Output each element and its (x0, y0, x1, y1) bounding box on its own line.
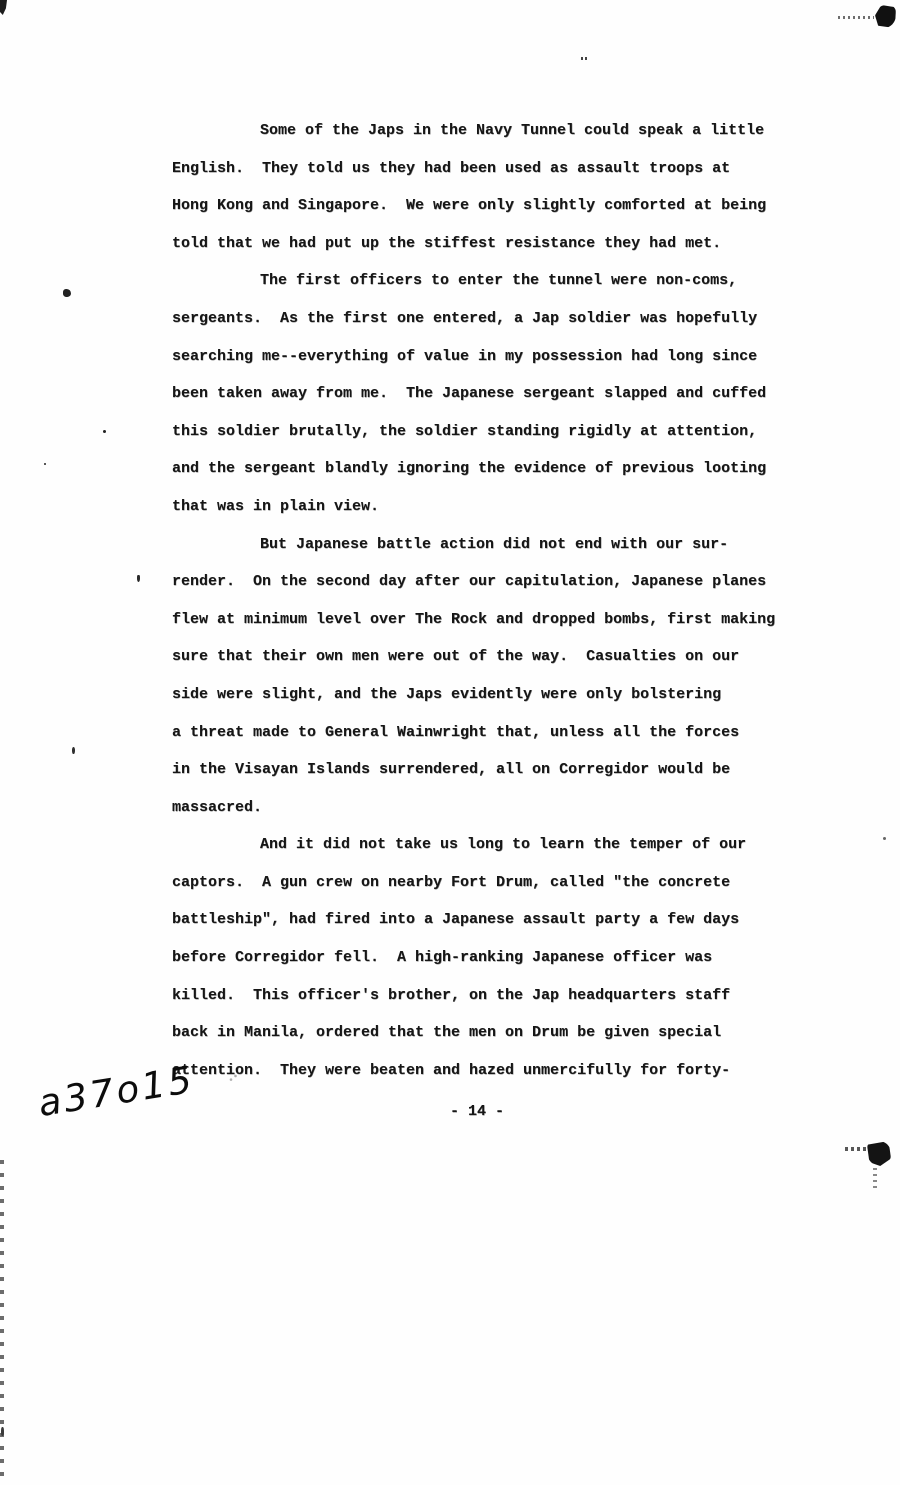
typed-line: Hong Kong and Singapore. We were only sl… (172, 187, 832, 225)
scan-speck (63, 289, 71, 297)
scan-speck (103, 430, 106, 433)
typed-line: Some of the Japs in the Navy Tunnel coul… (172, 112, 832, 150)
typed-line: a threat made to General Wainwright that… (172, 714, 832, 752)
scan-corner-mark (0, 0, 7, 15)
typed-text-body: Some of the Japs in the Navy Tunnel coul… (172, 112, 832, 1089)
typed-line: massacred. (172, 789, 832, 827)
typed-line: been taken away from me. The Japanese se… (172, 375, 832, 413)
typed-line: killed. This officer's brother, on the J… (172, 977, 832, 1015)
typed-line: English. They told us they had been used… (172, 150, 832, 188)
scan-speck (44, 463, 46, 465)
ink-smudge-top-right (875, 5, 896, 28)
typed-line: sure that their own men were out of the … (172, 638, 832, 676)
scan-speck (581, 57, 589, 60)
typed-line: this soldier brutally, the soldier stand… (172, 413, 832, 451)
typed-line: captors. A gun crew on nearby Fort Drum,… (172, 864, 832, 902)
typed-line: searching me--everything of value in my … (172, 338, 832, 376)
scan-speck (1, 1427, 4, 1436)
scan-speck (883, 837, 886, 840)
scan-dotted-trail (838, 16, 874, 19)
typed-line: before Corregidor fell. A high-ranking J… (172, 939, 832, 977)
typed-line: back in Manila, ordered that the men on … (172, 1014, 832, 1052)
typed-line: side were slight, and the Japs evidently… (172, 676, 832, 714)
scan-speck (228, 1074, 238, 1082)
typed-line: flew at minimum level over The Rock and … (172, 601, 832, 639)
handwritten-annotation: a37o15 (35, 1058, 197, 1125)
typed-line: and the sergeant blandly ignoring the ev… (172, 450, 832, 488)
scan-speck (72, 747, 75, 754)
scan-speck (137, 575, 140, 582)
typed-line: render. On the second day after our capi… (172, 563, 832, 601)
scan-specks (873, 1168, 877, 1190)
typed-line: attention. They were beaten and hazed un… (172, 1052, 832, 1090)
scan-edge-noise (0, 1160, 4, 1485)
typed-line: But Japanese battle action did not end w… (172, 526, 832, 564)
scan-dash-trail (845, 1147, 867, 1151)
typed-line: sergeants. As the first one entered, a J… (172, 300, 832, 338)
typed-line: told that we had put up the stiffest res… (172, 225, 832, 263)
scanned-document-page: Some of the Japs in the Navy Tunnel coul… (0, 0, 900, 1485)
ink-smudge-right (867, 1141, 891, 1166)
typed-line: The first officers to enter the tunnel w… (172, 262, 832, 300)
typed-line: that was in plain view. (172, 488, 832, 526)
typed-line: in the Visayan Islands surrendered, all … (172, 751, 832, 789)
page-number: - 14 - (450, 1103, 504, 1120)
typed-line: And it did not take us long to learn the… (172, 826, 832, 864)
typed-line: battleship", had fired into a Japanese a… (172, 901, 832, 939)
